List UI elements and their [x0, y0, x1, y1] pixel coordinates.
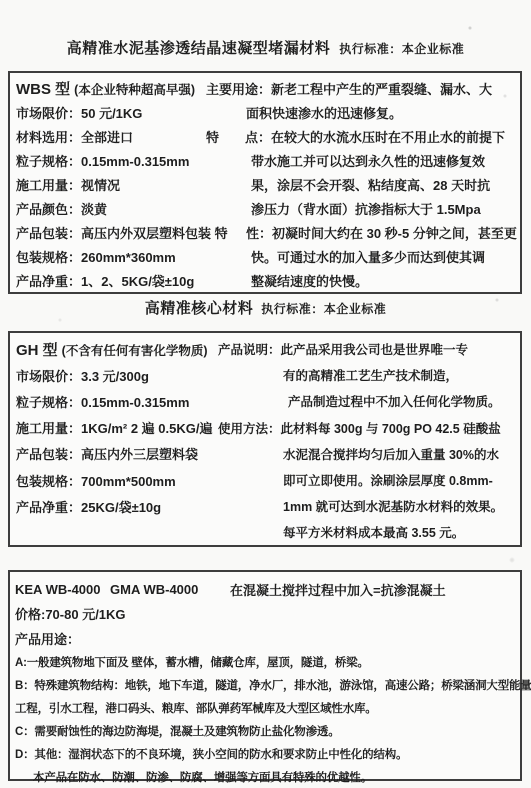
scanned-document-page: 高精准水泥基渗透结晶速凝型堵漏材料执行标准：本企业标准 WBS 型(本企业特种超…	[0, 0, 531, 788]
document-title: 高精准水泥基渗透结晶速凝型堵漏材料执行标准：本企业标准	[0, 37, 531, 58]
table-row: 施工用量：视情况 果，涂层不会开裂、粘结度高、28 天时抗	[16, 172, 514, 196]
gh-product-box: GH 型(不含有任何有害化学物质) 产品说明：此产品采用我公司也是世界唯一专 市…	[8, 331, 522, 547]
wbs-spec-label: 包装规格：260mm*360mm	[16, 247, 206, 266]
wbs-spec-label: 市场限价：50 元/1KG	[16, 103, 206, 122]
table-row: 包装规格：260mm*360mm 快。可通过水的加入量多少而达到使其调	[16, 245, 514, 269]
table-row: 产品净重：25KG/袋±10g 1mm 就可达到水泥基防水材料的效果。	[16, 493, 514, 519]
wbs-spec-label: 产品包装：高压内外双层塑料包装 特	[16, 223, 206, 242]
table-row: 材料选用：全部进口 特 点：在较大的水流水压时在不用止水的前提下	[16, 124, 514, 148]
gh-spec-label: 施工用量：1KG/m² 2 遍 0.5KG/遍	[16, 418, 218, 437]
table-row: 粒子规格：0.15mm-0.315mm 产品制造过程中不加入任何化学物质。	[16, 388, 514, 414]
table-row: 产品净重：1、2、5KG/袋±10g 整凝结速度的快慢。	[16, 269, 514, 293]
table-row: 产品包装：高压内外双层塑料包装 特 性：初凝时间大约在 30 秒-5 分钟之间，…	[16, 221, 514, 245]
wbs-property-line: 性：初凝时间大约在 30 秒-5 分钟之间，甚至更	[206, 223, 517, 242]
wbs-spec-label: 粒子规格：0.15mm-0.315mm	[16, 151, 206, 170]
gh-instructions-line: 水泥混合搅拌均匀后加入重量 30%的水	[218, 445, 514, 463]
table-row: 市场限价：3.3 元/300g 有的高精准工艺生产技术制造，	[16, 362, 514, 388]
wbs-model-cell: WBS 型(本企业特种超高早强)	[16, 78, 206, 99]
gh-spec-label: 产品净重：25KG/袋±10g	[16, 497, 218, 516]
table-row: 产品颜色：淡黄 渗压力（背水面）抗渗指标大于 1.5Mpa	[16, 196, 514, 220]
kea-mix-note: 在混凝土搅拌过程中加入=抗渗混凝土	[230, 580, 515, 599]
gh-model-cell: GH 型(不含有任何有害化学物质)	[16, 339, 218, 360]
wbs-model-name: WBS 型	[16, 81, 70, 98]
kea-use-item-d: D：其他：湿润状态下的不良环境，狭小空间的防水和要求防止中性化的结构。	[15, 744, 515, 767]
kea-use-item-c: C：需要耐蚀性的海边防海堤，混凝土及建筑物防止盐化物渗透。	[15, 721, 515, 744]
kea-use-item-b-cont: 工程，引水工程，港口码头、粮库、部队弹药军械库及大型区域性水库。	[15, 698, 515, 721]
wbs-property-line: 整凝结速度的快慢。	[206, 271, 514, 290]
table-row: 市场限价：50 元/1KG 面积快速渗水的迅速修复。	[16, 100, 514, 124]
wbs-spec-label: 材料选用：全部进口	[16, 127, 206, 146]
gma-model-name: GMA WB-4000	[110, 582, 230, 597]
wbs-spec-label: 产品净重：1、2、5KG/袋±10g	[16, 271, 206, 290]
kea-header-row: KEA WB-4000 GMA WB-4000 在混凝土搅拌过程中加入=抗渗混凝…	[15, 577, 515, 602]
gh-instructions-line: 1mm 就可达到水泥基防水材料的效果。	[218, 497, 514, 515]
gh-instructions-line: 使用方法：此材料每 300g 与 700g PO 42.5 硅酸盐	[218, 419, 514, 437]
table-row: 产品包装：高压内外三层塑料袋 水泥混合搅拌均匀后加入重量 30%的水	[16, 441, 514, 467]
kea-use-item-a: A:一般建筑物地下面及 壁体，蓄水槽，储藏仓库，屋顶，隧道，桥梁。	[15, 652, 515, 675]
core-material-heading: 高精准核心材料执行标准：本企业标准	[0, 297, 531, 318]
wbs-spec-label: 施工用量：视情况	[16, 175, 206, 194]
wbs-usage-line: 主要用途：新老工程中产生的严重裂缝、漏水、大	[206, 79, 514, 98]
title-main: 高精准水泥基渗透结晶速凝型堵漏材料	[67, 40, 331, 57]
gh-description-line: 有的高精准工艺生产技术制造，	[218, 366, 514, 384]
wbs-model-note: (本企业特种超高早强)	[74, 83, 195, 97]
core-material-title: 高精准核心材料	[145, 300, 254, 317]
wbs-product-box: WBS 型(本企业特种超高早强) 主要用途：新老工程中产生的严重裂缝、漏水、大 …	[8, 71, 522, 294]
gh-description-line: 产品说明：此产品采用我公司也是世界唯一专	[218, 340, 514, 358]
gh-spec-label: 产品包装：高压内外三层塑料袋	[16, 444, 218, 463]
table-row: 粒子规格：0.15mm-0.315mm 带水施工并可以达到永久性的迅速修复效	[16, 148, 514, 172]
title-standard: 执行标准：本企业标准	[339, 42, 464, 56]
kea-use-item-b: B：特殊建筑物结构：地铁，地下车道，隧道，净水厂，排水池，游泳馆，高速公路；桥梁…	[15, 675, 515, 698]
table-row: GH 型(不含有任何有害化学物质) 产品说明：此产品采用我公司也是世界唯一专	[16, 336, 514, 362]
table-row: 每平方米材料成本最高 3.55 元。	[16, 519, 514, 545]
gh-model-name: GH 型	[16, 342, 58, 359]
wbs-feature-line: 特 点：在较大的水流水压时在不用止水的前提下	[206, 127, 514, 146]
core-material-standard: 执行标准：本企业标准	[261, 302, 386, 316]
gh-instructions-line: 每平方米材料成本最高 3.55 元。	[218, 523, 514, 541]
gh-description-line: 产品制造过程中不加入任何化学物质。	[218, 392, 514, 410]
wbs-feature-line: 果，涂层不会开裂、粘结度高、28 天时抗	[206, 175, 514, 194]
wbs-usage-line: 面积快速渗水的迅速修复。	[206, 103, 514, 122]
wbs-feature-line: 带水施工并可以达到永久性的迅速修复效	[206, 151, 514, 170]
kea-price: 价格:70-80 元/1KG	[15, 602, 515, 627]
gh-spec-label: 市场限价：3.3 元/300g	[16, 366, 218, 385]
table-row: 包装规格：700mm*500mm 即可立即使用。涂刷涂层厚度 0.8mm-	[16, 467, 514, 493]
kea-model-name: KEA WB-4000	[15, 582, 110, 597]
kea-summary-line: 本产品在防水、防潮、防渗、防腐、增强等方面具有特殊的优越性。	[15, 767, 515, 788]
table-row: 施工用量：1KG/m² 2 遍 0.5KG/遍 使用方法：此材料每 300g 与…	[16, 415, 514, 441]
kea-product-box: KEA WB-4000 GMA WB-4000 在混凝土搅拌过程中加入=抗渗混凝…	[8, 570, 522, 781]
gh-model-note: (不含有任何有害化学物质)	[62, 344, 208, 358]
gh-spec-label: 包装规格：700mm*500mm	[16, 471, 218, 490]
wbs-feature-line: 渗压力（背水面）抗渗指标大于 1.5Mpa	[206, 199, 514, 218]
wbs-property-line: 快。可通过水的加入量多少而达到使其调	[206, 247, 514, 266]
gh-instructions-line: 即可立即使用。涂刷涂层厚度 0.8mm-	[218, 471, 514, 489]
gh-spec-label: 粒子规格：0.15mm-0.315mm	[16, 392, 218, 411]
kea-uses-label: 产品用途：	[15, 627, 515, 652]
table-row: WBS 型(本企业特种超高早强) 主要用途：新老工程中产生的严重裂缝、漏水、大	[16, 76, 514, 100]
wbs-spec-label: 产品颜色：淡黄	[16, 199, 206, 218]
